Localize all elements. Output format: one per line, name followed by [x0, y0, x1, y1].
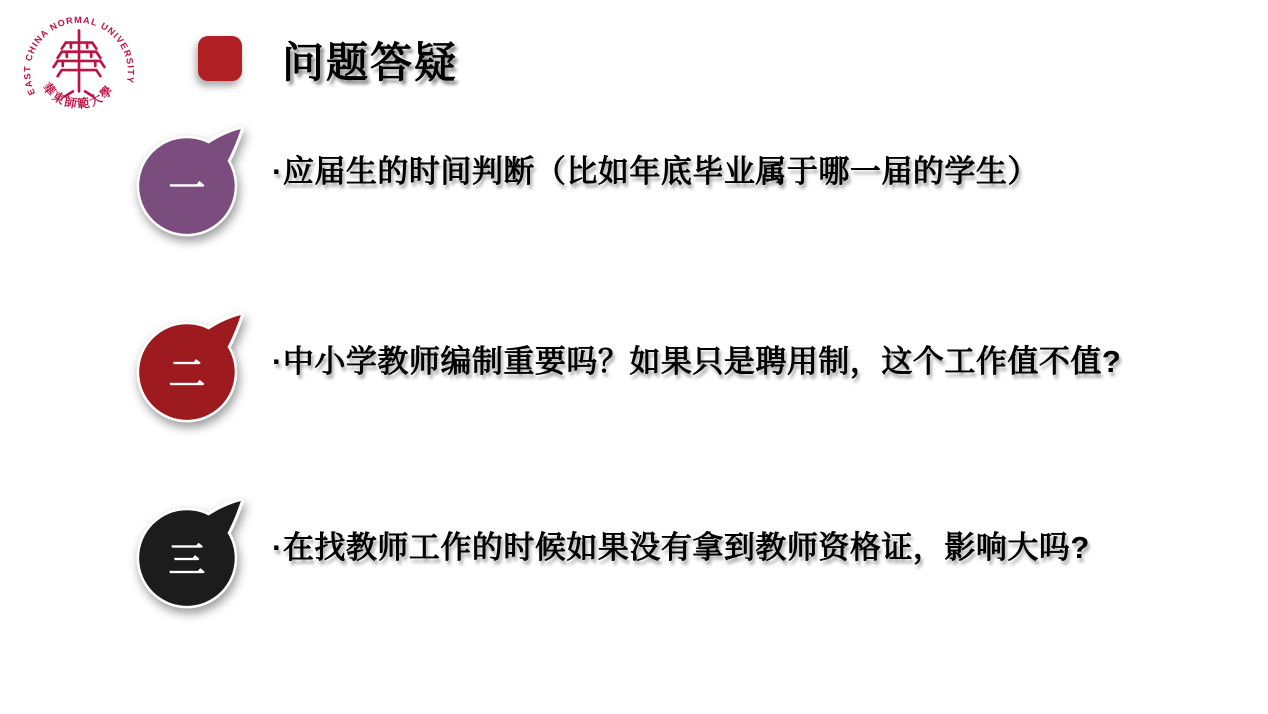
badge-numeral: 一 — [169, 168, 206, 209]
badge-numeral: 二 — [169, 354, 206, 395]
page-title: 问题答疑 — [282, 30, 458, 90]
university-logo-icon: EAST CHINA NORMAL UNIVERSITY 華東師範大學 — [18, 6, 140, 128]
question-item-2: ·中小学教师编制重要吗？如果只是聘用制，这个工作值不值? — [272, 342, 1121, 382]
item-1-number-badge: 一 — [130, 122, 252, 244]
badge-numeral: 三 — [169, 540, 206, 581]
item-3-number-badge: 三 — [130, 494, 252, 616]
question-item-3: ·在找教师工作的时候如果没有拿到教师资格证，影响大吗? — [272, 528, 1090, 568]
title-bullet-icon — [197, 35, 243, 82]
question-item-1: ·应届生的时间判断（比如年底毕业属于哪一届的学生） — [272, 152, 1039, 192]
presentation-slide: EAST CHINA NORMAL UNIVERSITY 華東師範大學 问题答疑… — [0, 0, 1268, 714]
item-2-number-badge: 二 — [130, 308, 252, 430]
logo-tree-emblem — [54, 30, 105, 96]
